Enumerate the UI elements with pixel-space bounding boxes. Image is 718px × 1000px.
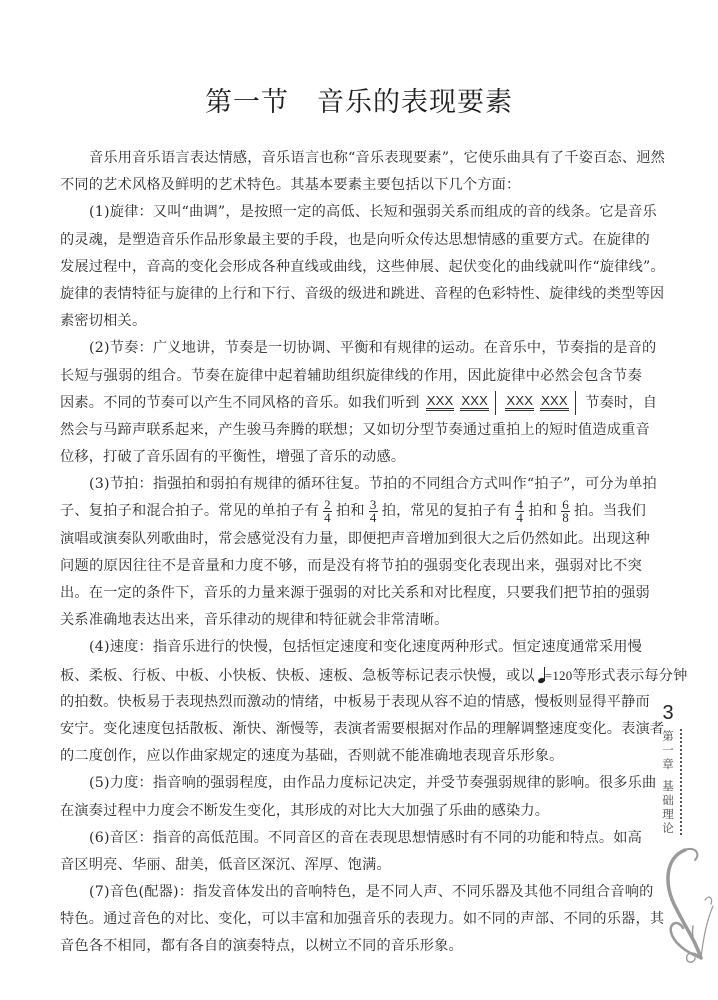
body-text: 音乐用音乐语言表达情感，音乐语言也称“音乐表现要素”，它使乐曲具有了千姿百态、迥… [60, 145, 642, 961]
denominator: 4 [516, 512, 523, 524]
chapter-char: 理 [659, 807, 677, 821]
paragraph-tempo-line: 板、柔板、行板、中板、小快板、快板、速板、急板等标记表示快慢，或以=120等形式… [60, 662, 642, 689]
chapter-char: 基 [659, 779, 677, 793]
denominator: 4 [324, 512, 331, 524]
paragraph-rhythm-line: 长短与强弱的组合。节奏在旋律中起着辅助组织旋律线的作用，因此旋律中必然会包含节奏 [60, 363, 642, 390]
text-segment: 因素。不同的节奏可以产生不同风格的音乐。如我们听到 [60, 395, 420, 411]
paragraph-rhythm-line: 位移，打破了音乐固有的平衡性，增强了音乐的动感。 [60, 444, 642, 471]
section-title: 第一节音乐的表现要素 [0, 80, 718, 119]
paragraph-intro-line: 不同的艺术风格及鲜明的艺术特色。其基本要素主要包括以下几个方面： [60, 172, 642, 199]
paragraph-rhythm-line: (2)节奏：广义地讲，节奏是一切协调、平衡和有规律的运动。在音乐中，节奏指的是音… [60, 335, 642, 362]
text-segment: 节奏时，自 [585, 395, 657, 411]
paragraph-meter-line: (3)节拍：指强拍和弱拍有规律的循环往复。节拍的不同组合方式叫作“拍子”，可分为… [60, 471, 642, 498]
paragraph-timbre-line: 特色。通过音色的对比、变化，可以丰富和加强音乐的表现力。如不同的声部、不同的乐器… [60, 906, 642, 933]
paragraph-meter-line: 演唱或演奏队列歌曲时，常会感觉没有力量，即便把声音增加到很大之后仍然如此。出现这… [60, 526, 642, 553]
paragraph-meter-line: 关系准确地表达出来，音乐律动的规律和特征就会非常清晰。 [60, 607, 642, 634]
paragraph-melody-line: 旋律的表情特征与旋律的上行和下行、音级的级进和跳进、音程的色彩特性、旋律线的类型… [60, 281, 642, 308]
swirl-ornament-icon [655, 840, 715, 970]
quarter-note-icon [538, 667, 545, 683]
paragraph-dynamics-line: (5)力度：指音响的强弱程度，由作品力度标记决定，并受节奏强弱规律的影响。很多乐… [60, 770, 642, 797]
paragraph-tempo-line: 安宁。变化速度包括散板、渐快、渐慢等，表演者需要根据对作品的理解调整速度变化。表… [60, 716, 642, 743]
text-segment: 拍，常见的复拍子有 [382, 503, 512, 519]
page-margin-tab: 3 第 一 章 基 础 理 论 [659, 702, 689, 835]
chapter-char: 一 [659, 743, 677, 757]
text-segment: 拍和 [336, 503, 365, 519]
barline [575, 391, 577, 415]
paragraph-tempo-line: 的拍数。快板易于表现热烈而激动的情绪，中板易于表现从容不迫的情感，慢板则显得平静… [60, 689, 642, 716]
rhythm-group: XXX [426, 394, 455, 411]
chapter-char: 础 [659, 793, 677, 807]
paragraph-register-line: (6)音区：指音的高低范围。不同音区的音在表现思想情感时有不同的功能和特点。如高 [60, 825, 642, 852]
text-segment: 拍和 [528, 503, 557, 519]
time-signature: 44 [515, 499, 524, 524]
text-segment: 等形式表示每分钟 [572, 668, 687, 684]
text-segment: 板、柔板、行板、中板、小快板、快板、速板、急板等标记表示快慢，或以 [60, 668, 535, 684]
page-number: 3 [659, 702, 677, 725]
paragraph-melody-line: 发展过程中，音高的变化会形成各种直线或曲线，这些伸展、起伏变化的曲线就叫作“旋律… [60, 254, 642, 281]
time-signature: 68 [561, 499, 570, 524]
tempo-value: =120 [545, 668, 573, 683]
chapter-label: 第 一 章 基 础 理 论 [659, 729, 682, 835]
barline [495, 391, 497, 415]
paragraph-melody-line: 的灵魂，是塑造音乐作品形象最主要的手段，也是向听众传达思想情感的重要方式。在旋律… [60, 227, 642, 254]
paragraph-timbre-line: (7)音色(配器)：指发音体发出的音响特色，是不同人声、不同乐器及其他不同组合音… [60, 879, 642, 906]
section-heading: 音乐的表现要素 [317, 87, 513, 118]
paragraph-meter-line: 子、复拍子和混合拍子。常见的单拍子有24拍和34拍，常见的复拍子有44拍和68拍… [60, 498, 642, 525]
paragraph-melody-line: 素密切相关。 [60, 308, 642, 335]
rhythm-notation: XXXXXXXXXXXX [423, 391, 583, 415]
paragraph-dynamics-line: 在演奏过程中力度会不断发生变化，其形成的对比大大加强了乐曲的感染力。 [60, 798, 642, 825]
paragraph-timbre-line: 音色各不相同，都有各自的演奏特点，以树立不同的音乐形象。 [60, 933, 642, 960]
text-segment: 拍。当我们 [574, 503, 646, 519]
paragraph-rhythm-line: 因素。不同的节奏可以产生不同风格的音乐。如我们听到XXXXXXXXXXXX节奏时… [60, 390, 642, 417]
paragraph-tempo-line: 的二度创作，应以作曲家规定的速度为基础，否则就不能准确地表现音乐形象。 [60, 743, 642, 770]
chapter-char: 第 [659, 729, 677, 743]
paragraph-tempo-line: (4)速度：指音乐进行的快慢，包括恒定速度和变化速度两种形式。恒定速度通常采用慢 [60, 634, 642, 661]
rhythm-group: XXX [460, 394, 489, 411]
paragraph-meter-line: 问题的原因往往不是音量和力度不够，而是没有将节拍的强弱变化表现出来，强弱对比不突 [60, 553, 642, 580]
paragraph-meter-line: 出。在一定的条件下，音乐的力量来源于强弱的对比关系和对比程度，只要我们把节拍的强… [60, 580, 642, 607]
denominator: 4 [370, 512, 377, 524]
denominator: 8 [562, 512, 569, 524]
rhythm-group: XXX [505, 394, 534, 411]
paragraph-register-line: 音区明亮、华丽、甜美，低音区深沉、浑厚、饱满。 [60, 852, 642, 879]
time-signature: 24 [323, 499, 332, 524]
paragraph-melody-line: (1)旋律：又叫“曲调”，是按照一定的高低、长短和强弱关系而组成的音的线条。它是… [60, 199, 642, 226]
rhythm-group: XXX [540, 394, 569, 411]
chapter-char: 论 [659, 821, 677, 835]
time-signature: 34 [369, 499, 378, 524]
paragraph-intro-line: 音乐用音乐语言表达情感，音乐语言也称“音乐表现要素”，它使乐曲具有了千姿百态、迥… [60, 145, 642, 172]
text-segment: 子、复拍子和混合拍子。常见的单拍子有 [60, 503, 319, 519]
section-number: 第一节 [205, 87, 289, 118]
paragraph-rhythm-line: 然会与马蹄声联系起来，产生骏马奔腾的联想；又如切分型节奏通过重拍上的短时值造成重… [60, 417, 642, 444]
chapter-char: 章 [659, 757, 677, 771]
